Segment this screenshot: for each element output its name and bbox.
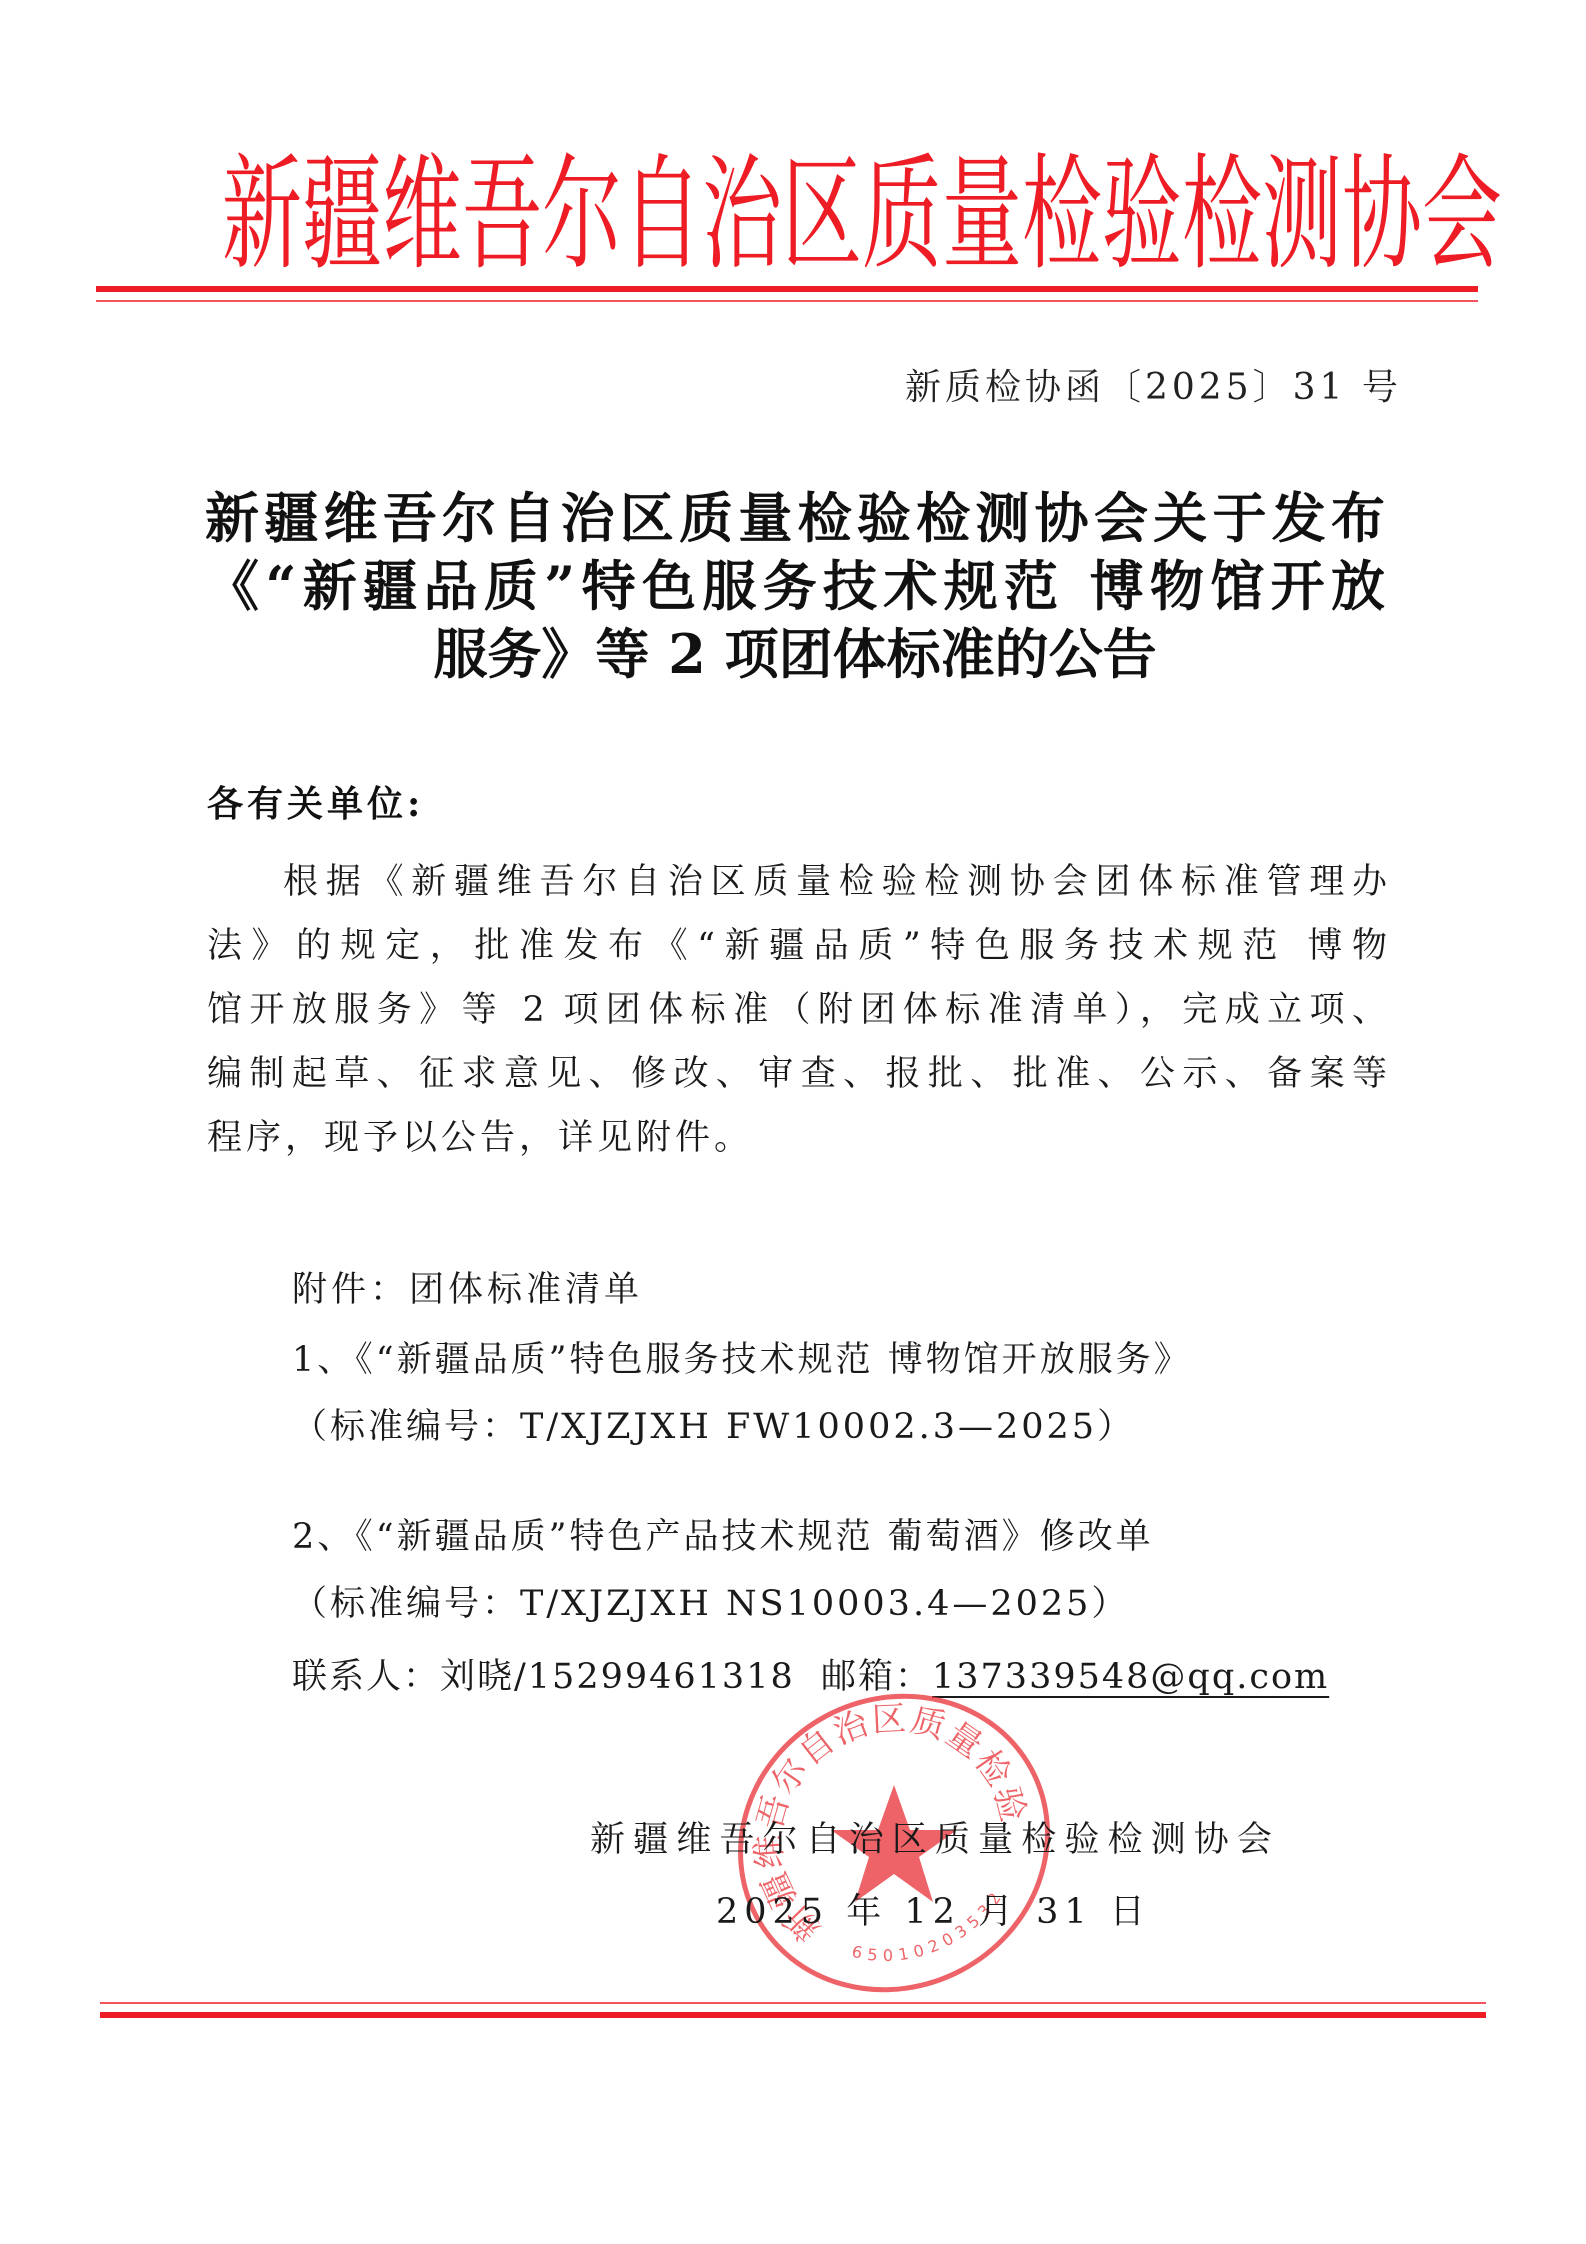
letterhead-char: 量 xyxy=(942,153,1022,277)
footer-rule-thick xyxy=(100,2012,1486,2018)
body-line: 法》的规定，批准发布《“新疆品质”特色服务技术规范 博物 xyxy=(207,914,1387,978)
contact-line: 联系人：刘晓/15299461318 邮箱：137339548@qq.com xyxy=(292,1655,1329,1699)
signature-char: 区 xyxy=(892,1818,927,1862)
signature-char: 维 xyxy=(676,1818,711,1862)
body-line: 编制起草、征求意见、修改、审查、报批、批准、公示、备案等 xyxy=(207,1042,1387,1106)
letterhead-char: 检 xyxy=(1182,153,1262,277)
signature-char: 疆 xyxy=(633,1818,668,1862)
signature-char: 治 xyxy=(849,1818,884,1862)
header-rule-thin xyxy=(96,300,1478,302)
attachment-label: 附件：团体标准清单 xyxy=(292,1268,643,1312)
letterhead-char: 检 xyxy=(1022,153,1102,277)
attachment-item-1-code: （标准编号：T/XJZJXH FW10002.3—2025） xyxy=(292,1405,1135,1449)
signature-char: 协 xyxy=(1194,1818,1229,1862)
signature-char: 质 xyxy=(935,1818,970,1862)
header-rule-thick xyxy=(96,286,1478,292)
signature-char: 新 xyxy=(590,1818,625,1862)
signature-char: 自 xyxy=(806,1818,841,1862)
letterhead-char: 验 xyxy=(1102,153,1182,277)
signature-char: 测 xyxy=(1151,1818,1186,1862)
letterhead-char: 新 xyxy=(222,153,302,277)
attachment-item-2-code: （标准编号：T/XJZJXH NS10003.4—2025） xyxy=(292,1582,1129,1626)
letterhead-char: 协 xyxy=(1342,153,1422,277)
signature-date: 2025 年 12 月 31 日 xyxy=(716,1890,1151,1934)
signature-char: 验 xyxy=(1064,1818,1099,1862)
signature-char: 吾 xyxy=(719,1818,754,1862)
letterhead-char: 治 xyxy=(702,153,782,277)
signature-char: 量 xyxy=(978,1818,1013,1862)
body-paragraph: 根据《新疆维吾尔自治区质量检验检测协会团体标准管理办 法》的规定，批准发布《“新… xyxy=(207,850,1387,1170)
body-line: 馆开放服务》等 2 项团体标准（附团体标准清单），完成立项、 xyxy=(207,978,1387,1042)
heading-line-2: 《“新疆品质”特色服务技术规范 博物馆开放 xyxy=(205,552,1385,620)
attachment-item-2-title: 2、《“新疆品质”特色产品技术规范 葡萄酒》修改单 xyxy=(292,1515,1154,1559)
signature-char: 检 xyxy=(1021,1818,1056,1862)
heading-line-1: 新疆维吾尔自治区质量检验检测协会关于发布 xyxy=(205,484,1385,552)
letterhead-char: 质 xyxy=(862,153,942,277)
letterhead-title: 新 疆 维 吾 尔 自 治 区 质 量 检 验 检 测 协 会 xyxy=(222,150,1367,280)
footer-rule-thin xyxy=(100,2002,1486,2004)
signature-char: 尔 xyxy=(763,1818,798,1862)
letterhead-char: 吾 xyxy=(462,153,542,277)
announcement-heading: 新疆维吾尔自治区质量检验检测协会关于发布 《“新疆品质”特色服务技术规范 博物馆… xyxy=(205,484,1385,688)
body-line: 根据《新疆维吾尔自治区质量检验检测协会团体标准管理办 xyxy=(207,850,1387,914)
document-number: 新质检协函〔2025〕31 号 xyxy=(905,366,1375,410)
signature-char: 检 xyxy=(1108,1818,1143,1862)
attachment-item-1-title: 1、《“新疆品质”特色服务技术规范 博物馆开放服务》 xyxy=(292,1338,1192,1382)
letterhead-char: 会 xyxy=(1422,153,1502,277)
letterhead-char: 测 xyxy=(1262,153,1342,277)
signature-organization: 新 疆 维 吾 尔 自 治 区 质 量 检 验 检 测 协 会 xyxy=(590,1818,1272,1862)
letterhead-char: 区 xyxy=(782,153,862,277)
letterhead-char: 自 xyxy=(622,153,702,277)
letterhead-char: 维 xyxy=(382,153,462,277)
heading-line-3: 服务》等 2 项团体标准的公告 xyxy=(205,620,1385,688)
salutation: 各有关单位: xyxy=(207,782,424,826)
signature-char: 会 xyxy=(1237,1818,1272,1862)
letterhead-char: 尔 xyxy=(542,153,622,277)
letterhead-char: 疆 xyxy=(302,153,382,277)
contact-email-link[interactable]: 137339548@qq.com xyxy=(932,1657,1329,1697)
body-line: 程序，现予以公告，详见附件。 xyxy=(207,1106,1387,1170)
contact-info: 联系人：刘晓/15299461318 邮箱： xyxy=(292,1657,932,1697)
